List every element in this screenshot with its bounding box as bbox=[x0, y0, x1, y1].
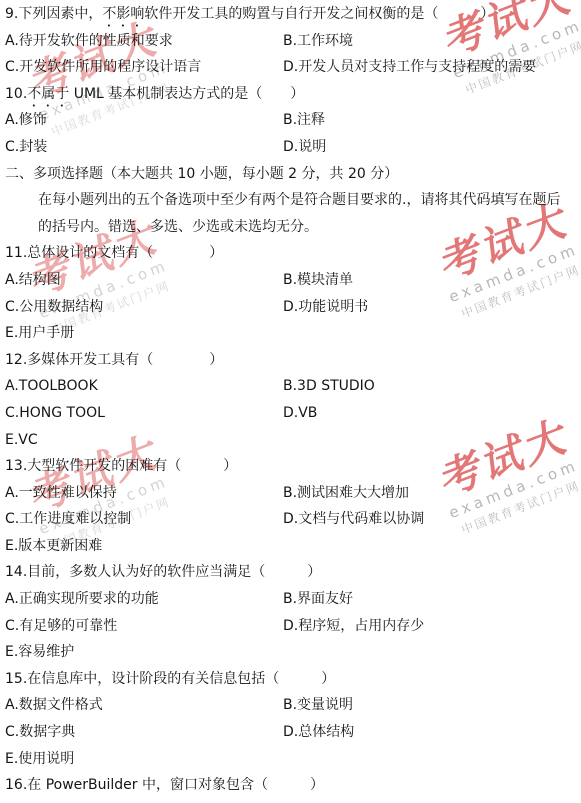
option-e: E.VC bbox=[5, 427, 283, 454]
options-11-cd: C.公用数据结构D.功能说明书 bbox=[5, 294, 581, 321]
option-a: A.TOOLBOOK bbox=[5, 373, 283, 400]
question-text: 10. bbox=[5, 86, 27, 102]
option-spacer bbox=[283, 746, 581, 773]
option-b: B.模块清单 bbox=[283, 267, 581, 294]
option-d: D.文档与代码难以协调 bbox=[283, 506, 581, 533]
question-text: 11.总体设计的文档有（ ） bbox=[5, 245, 223, 261]
option-12-e: E.VC bbox=[5, 427, 581, 454]
question-text: 13.大型软件开发的困难有（ ） bbox=[5, 458, 237, 474]
option-e: E.版本更新困难 bbox=[5, 533, 283, 560]
options-14-ab: A.正确实现所要求的功能B.界面友好 bbox=[5, 586, 581, 613]
options-12-cd: C.HONG TOOLD.VB bbox=[5, 400, 581, 427]
exam-content: 9.下列因素中，不影响软件开发工具的购置与自行开发之间权衡的是（ ） A.待开发… bbox=[5, 1, 581, 799]
options-13-cd: C.工作进度难以控制D.文档与代码难以协调 bbox=[5, 506, 581, 533]
option-c: C.有足够的可靠性 bbox=[5, 613, 283, 640]
exam-paper-page: 考试大 examda.com 中国教育考试门户网 考试大 examda.com … bbox=[0, 0, 581, 803]
section-heading-text: 二、多项选择题（本大题共 10 小题，每小题 2 分，共 20 分） bbox=[5, 166, 398, 182]
options-9-ab: A.待开发软件的性质和要求B.工作环境 bbox=[5, 28, 581, 55]
option-e: E.容易维护 bbox=[5, 639, 283, 666]
options-15-cd: C.数据字典D.总体结构 bbox=[5, 719, 581, 746]
question-16: 16.在 PowerBuilder 中，窗口对象包含（ ） bbox=[5, 772, 581, 799]
section-instructions-line-1: 在每小题列出的五个备选项中至少有两个是符合题目要求的.，请将其代码填写在题后 bbox=[5, 187, 581, 214]
question-13: 13.大型软件开发的困难有（ ） bbox=[5, 453, 581, 480]
question-12: 12.多媒体开发工具有（ ） bbox=[5, 347, 581, 374]
options-13-ab: A.一致性难以保持B.测试困难大大增加 bbox=[5, 480, 581, 507]
option-a: A.结构图 bbox=[5, 267, 283, 294]
option-d: D.功能说明书 bbox=[283, 294, 581, 321]
option-spacer bbox=[283, 533, 581, 560]
options-12-ab: A.TOOLBOOKB.3D STUDIO bbox=[5, 373, 581, 400]
question-text-cont: UML 基本机制表达方式的是（ ） bbox=[69, 86, 304, 102]
option-c: C.开发软件所用的程序设计语言 bbox=[5, 54, 283, 81]
option-b: B.测试困难大大增加 bbox=[283, 480, 581, 507]
option-b: B.变量说明 bbox=[283, 692, 581, 719]
question-9: 9.下列因素中，不影响软件开发工具的购置与自行开发之间权衡的是（ ） bbox=[5, 1, 581, 28]
section-heading-2: 二、多项选择题（本大题共 10 小题，每小题 2 分，共 20 分） bbox=[5, 161, 581, 188]
instructions-text: 在每小题列出的五个备选项中至少有两个是符合题目要求的.，请将其代码填写在题后 bbox=[38, 192, 560, 208]
option-a: A.正确实现所要求的功能 bbox=[5, 586, 283, 613]
option-15-e: E.使用说明 bbox=[5, 746, 581, 773]
option-c: C.公用数据结构 bbox=[5, 294, 283, 321]
option-b: B.注释 bbox=[283, 107, 581, 134]
question-15: 15.在信息库中，设计阶段的有关信息包括（ ） bbox=[5, 666, 581, 693]
options-11-ab: A.结构图B.模块清单 bbox=[5, 267, 581, 294]
option-c: C.工作进度难以控制 bbox=[5, 506, 283, 533]
options-15-ab: A.数据文件格式B.变量说明 bbox=[5, 692, 581, 719]
option-b: B.3D STUDIO bbox=[283, 373, 581, 400]
option-a: A.待开发软件的性质和要求 bbox=[5, 28, 283, 55]
instructions-text: 的括号内。错选、多选、少选或未选均无分。 bbox=[38, 219, 318, 235]
option-b: B.工作环境 bbox=[283, 28, 581, 55]
question-14: 14.目前，多数人认为好的软件应当满足（ ） bbox=[5, 559, 581, 586]
option-11-e: E.用户手册 bbox=[5, 320, 581, 347]
question-text: 14.目前，多数人认为好的软件应当满足（ ） bbox=[5, 564, 321, 580]
option-spacer bbox=[283, 639, 581, 666]
option-d: D.VB bbox=[283, 400, 581, 427]
option-c: C.HONG TOOL bbox=[5, 400, 283, 427]
question-11: 11.总体设计的文档有（ ） bbox=[5, 240, 581, 267]
option-c: C.数据字典 bbox=[5, 719, 283, 746]
question-text: 15.在信息库中，设计阶段的有关信息包括（ ） bbox=[5, 671, 335, 687]
option-13-e: E.版本更新困难 bbox=[5, 533, 581, 560]
option-d: D.开发人员对支持工作与支持程度的需要 bbox=[283, 54, 581, 81]
question-text-cont: 软件开发工具的购置与自行开发之间权衡的是（ ） bbox=[144, 6, 494, 22]
options-10-cd: C.封装D.说明 bbox=[5, 134, 581, 161]
option-a: A.数据文件格式 bbox=[5, 692, 283, 719]
option-e: E.用户手册 bbox=[5, 320, 283, 347]
question-emphasized-text: 不属于 bbox=[27, 86, 69, 102]
option-e: E.使用说明 bbox=[5, 746, 283, 773]
option-14-e: E.容易维护 bbox=[5, 639, 581, 666]
options-10-ab: A.修饰B.注释 bbox=[5, 107, 581, 134]
options-14-cd: C.有足够的可靠性D.程序短，占用内存少 bbox=[5, 613, 581, 640]
question-10: 10.不属于 UML 基本机制表达方式的是（ ） bbox=[5, 81, 581, 108]
option-a: A.修饰 bbox=[5, 107, 283, 134]
option-a: A.一致性难以保持 bbox=[5, 480, 283, 507]
question-emphasized-text: 不影响 bbox=[102, 6, 144, 22]
question-text: 16.在 PowerBuilder 中，窗口对象包含（ ） bbox=[5, 777, 324, 793]
question-text: 12.多媒体开发工具有（ ） bbox=[5, 352, 223, 368]
option-d: D.程序短，占用内存少 bbox=[283, 613, 581, 640]
option-spacer bbox=[283, 320, 581, 347]
option-d: D.总体结构 bbox=[283, 719, 581, 746]
option-c: C.封装 bbox=[5, 134, 283, 161]
section-instructions-line-2: 的括号内。错选、多选、少选或未选均无分。 bbox=[5, 214, 581, 241]
option-spacer bbox=[283, 427, 581, 454]
option-b: B.界面友好 bbox=[283, 586, 581, 613]
question-text: 9.下列因素中， bbox=[5, 6, 102, 22]
options-9-cd: C.开发软件所用的程序设计语言D.开发人员对支持工作与支持程度的需要 bbox=[5, 54, 581, 81]
option-d: D.说明 bbox=[283, 134, 581, 161]
